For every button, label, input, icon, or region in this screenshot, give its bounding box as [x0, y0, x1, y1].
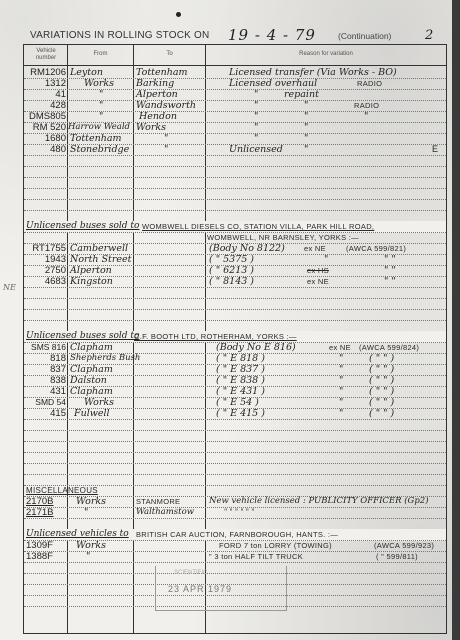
status-cell: " — [324, 254, 328, 265]
reason-cell: " — [254, 89, 258, 100]
to-cell: STANMORE — [136, 496, 180, 507]
document-title: VARIATIONS IN ROLLING STOCK ON — [30, 30, 209, 41]
section-heading: MISCELLANEOUS — [26, 485, 98, 496]
from-cell: Works — [76, 540, 106, 551]
from-cell: Fulwell — [74, 408, 110, 419]
status-cell: " — [339, 375, 343, 386]
vehicle-number: 1388F — [24, 551, 66, 562]
vehicle-number: RM1206 — [24, 67, 66, 78]
vehicle-number: 837 — [24, 364, 66, 375]
vehicle-number: 838 — [24, 375, 66, 386]
body-number: (Body No 8122) — [209, 243, 285, 254]
punch-hole — [176, 12, 181, 17]
reason-detail: " — [304, 122, 308, 133]
from-cell: Kingston — [70, 276, 113, 287]
ref-cell: ( " 599/811) — [376, 551, 418, 562]
continuation-label: (Continuation) — [338, 31, 391, 41]
from-cell: Harrow Weald — [68, 122, 130, 133]
section-heading-hand: Unlicensed buses sold to — [26, 221, 139, 232]
from-cell: " — [99, 100, 103, 111]
section-heading-hand: Unlicensed vehicles to — [26, 529, 129, 540]
rolling-stock-table: Vehicle number From To Reason for variat… — [23, 44, 447, 634]
status-cell: ex NE — [307, 276, 329, 287]
to-cell: Works — [136, 122, 166, 133]
from-cell: " — [99, 111, 103, 122]
side-note: NE — [3, 283, 16, 292]
mark-e: E — [432, 144, 438, 155]
body-number: ( " E 54 ) — [216, 397, 259, 408]
section-heading-print-2: WOMBWELL, NR BARNSLEY, YORKS :— — [207, 232, 359, 243]
from-cell: Works — [76, 496, 106, 507]
status-cell: ex NE — [329, 342, 351, 353]
ref-cell: " " — [384, 276, 396, 287]
table-header: Vehicle number From To Reason for variat… — [24, 45, 446, 66]
vehicle-number: 431 — [24, 386, 66, 397]
reason-detail: repaint — [284, 89, 319, 100]
vehicle-number: RM 520 — [24, 122, 66, 133]
from-cell: Shepherds Bush — [70, 353, 140, 364]
ref-cell: ( " " ) — [369, 408, 394, 419]
body-number: ( " E 837 ) — [216, 364, 265, 375]
from-cell: Clapham — [70, 364, 113, 375]
ref-cell: ( " " ) — [369, 353, 394, 364]
reason-cell: Licensed transfer (Via Works - BO) — [229, 67, 397, 78]
to-cell: Hendon — [139, 111, 177, 122]
status-cell: " — [339, 364, 343, 375]
body-number: ( " E 818 ) — [216, 353, 265, 364]
reason-extra: RADIO — [354, 100, 379, 111]
reason-cell: " — [254, 122, 258, 133]
body-number: ( " E 415 ) — [216, 408, 265, 419]
reason-cell: " — [254, 111, 258, 122]
to-cell: Alperton — [136, 89, 178, 100]
section-heading-hand: Unlicensed buses sold to — [26, 331, 139, 342]
ref-cell: (AWCA 599/824) — [359, 342, 419, 353]
vehicle-number: 415 — [24, 408, 66, 419]
reason-cell: " " " " " " — [224, 507, 254, 518]
to-cell: Wandsworth — [136, 100, 196, 111]
reason-cell: Licensed overhaul — [229, 78, 317, 89]
from-cell: Stonebridge — [70, 144, 129, 155]
from-cell: Tottenham — [70, 133, 122, 144]
header-reason: Reason for variation — [206, 51, 446, 58]
to-cell: Barking — [136, 78, 174, 89]
stamp-text: SCIENTIFIC — [174, 570, 207, 576]
vehicle-number: 4683 — [24, 276, 66, 287]
description-cell: " 3 ton HALF TILT TRUCK — [209, 551, 303, 562]
vehicle-number: 428 — [24, 100, 66, 111]
body-number: ( " 8143 ) — [209, 276, 254, 287]
from-cell: Camberwell — [70, 243, 128, 254]
status-cell: " — [339, 408, 343, 419]
from-cell: Works — [84, 78, 114, 89]
to-cell: Walthamstow — [136, 507, 194, 518]
ref-cell: (AWCA 599/821) — [346, 243, 406, 254]
vehicle-number: 2171B — [24, 507, 66, 518]
vehicle-number: 818 — [24, 353, 66, 364]
to-cell: Tottenham — [136, 67, 188, 78]
vehicle-number: 41 — [24, 89, 66, 100]
to-cell: " — [164, 133, 168, 144]
body-number: ( " E 838 ) — [216, 375, 265, 386]
body-number: ( " E 431 ) — [216, 386, 265, 397]
from-cell: Works — [84, 397, 114, 408]
header-from: From — [68, 51, 133, 58]
from-cell: " — [84, 507, 88, 518]
ref-cell: (AWCA 599/923) — [374, 540, 434, 551]
to-cell: " — [164, 144, 168, 155]
reason-detail: " — [304, 144, 308, 155]
ref-cell: ( " " ) — [369, 386, 394, 397]
from-cell: Leyton — [70, 67, 103, 78]
reason-cell: Unlicensed — [229, 144, 283, 155]
ref-cell: ( " " ) — [369, 364, 394, 375]
ref-cell: ( " " ) — [369, 397, 394, 408]
reason-cell: " — [254, 133, 258, 144]
reason-extra: RADIO — [357, 78, 382, 89]
from-cell: North Street — [70, 254, 131, 265]
status-cell: " — [339, 386, 343, 397]
reason-detail: " — [304, 133, 308, 144]
section-heading-print: BRITISH CAR AUCTION, FARNBOROUGH, HANTS.… — [136, 529, 338, 540]
vehicle-number: 1312 — [24, 78, 66, 89]
vehicle-number: 1943 — [24, 254, 66, 265]
description-cell: FORD 7 ton LORRY (TOWING) — [219, 540, 332, 551]
vehicle-number: 2170B — [24, 496, 66, 507]
from-cell: " — [99, 89, 103, 100]
page-number: 2 — [425, 28, 433, 43]
from-cell: Clapham — [70, 342, 113, 353]
vehicle-number: SMS 816 — [24, 342, 66, 353]
document-header: VARIATIONS IN ROLLING STOCK ON 19 - 4 - … — [30, 28, 450, 44]
body-number: ( " 5375 ) — [209, 254, 254, 265]
vehicle-number: SMD 54 — [24, 397, 66, 408]
vehicle-number: 1309F — [24, 540, 66, 551]
ref-cell: ( " " ) — [369, 375, 394, 386]
from-cell: " — [86, 551, 90, 562]
body-number: ( " 6213 ) — [209, 265, 254, 276]
vehicle-number: RT1755 — [24, 243, 66, 254]
from-cell: Clapham — [70, 386, 113, 397]
section-heading-print: WOMBWELL DIESELS CO, STATION VILLA, PARK… — [142, 221, 374, 232]
reason-cell: New vehicle licensed : PUBLICITY OFFICER… — [209, 496, 429, 507]
header-to: To — [134, 51, 205, 58]
reason-detail: " — [304, 111, 308, 122]
ref-cell: " " — [384, 265, 396, 276]
from-cell: Alperton — [70, 265, 112, 276]
header-vehicle-number: Vehicle number — [26, 48, 66, 62]
vehicle-number: 2750 — [24, 265, 66, 276]
reason-cell: " — [254, 100, 258, 111]
received-stamp: SCIENTIFIC 23 APR 1979 — [155, 566, 287, 611]
document-date: 19 - 4 - 79 — [228, 26, 316, 44]
status-cell: ex HS — [307, 265, 329, 276]
status-cell: " — [339, 353, 343, 364]
page-edge — [452, 0, 460, 640]
status-cell: " — [339, 397, 343, 408]
ref-cell: " " — [384, 254, 396, 265]
from-cell: Dalston — [70, 375, 107, 386]
status-cell: ex NE — [304, 243, 326, 254]
stamp-date: 23 APR 1979 — [168, 584, 232, 594]
section-heading-print: C.F. BOOTH LTD, ROTHERHAM, YORKS :— — [134, 331, 297, 342]
reason-extra: " — [364, 111, 368, 122]
vehicle-number: DMS805 — [24, 111, 66, 122]
reason-detail: " — [304, 100, 308, 111]
vehicle-number: 480 — [24, 144, 66, 155]
body-number: (Body No E 816) — [216, 342, 296, 353]
vehicle-number: 1680 — [24, 133, 66, 144]
